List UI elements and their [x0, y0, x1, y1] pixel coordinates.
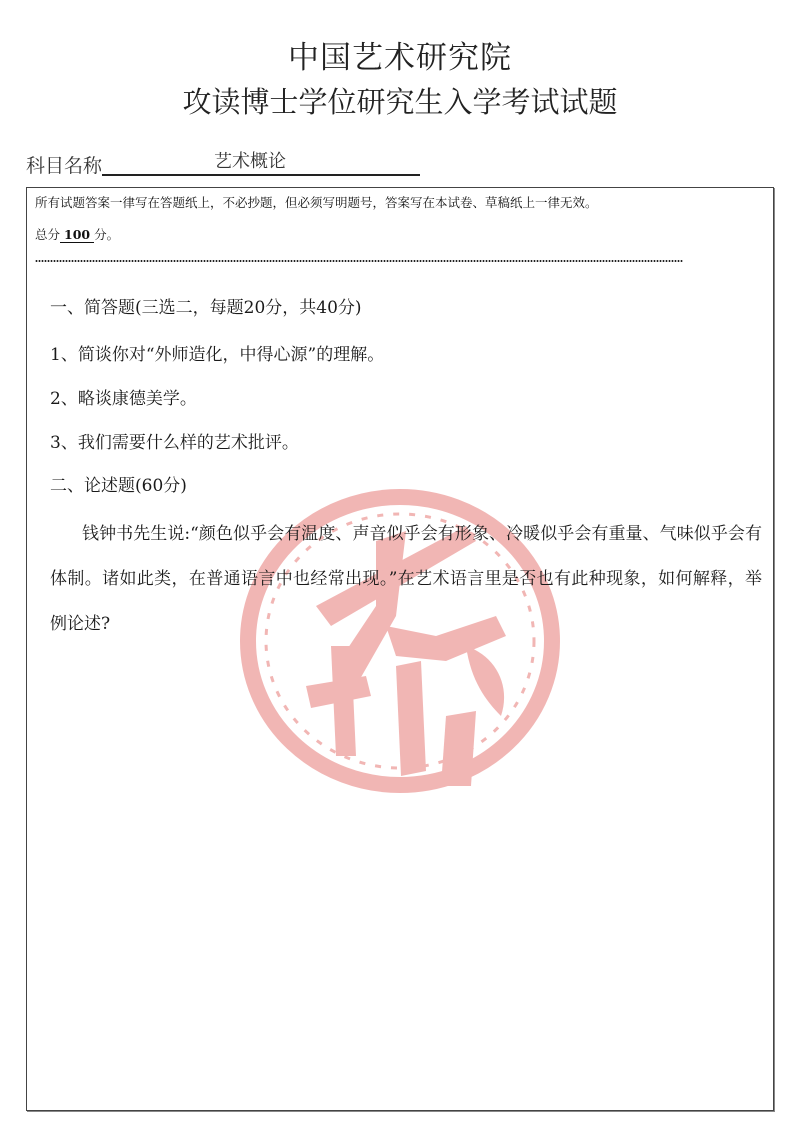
dotted-divider: [35, 260, 683, 262]
subject-row: 科目名称 艺术概论: [26, 150, 420, 180]
institution-title: 中国艺术研究院: [0, 32, 800, 77]
section1-heading: 一、简答题(三选二，每题20分，共40分): [50, 293, 362, 318]
question-1: 1、简谈你对“外师造化，中得心源”的理解。: [50, 340, 384, 365]
exam-frame: [26, 187, 774, 1111]
question-2: 2、略谈康德美学。: [50, 384, 197, 409]
exam-title: 攻读博士学位研究生入学考试试题: [0, 80, 800, 121]
subject-label: 科目名称: [26, 152, 102, 180]
total-score-line: 总分100分。: [35, 225, 119, 243]
section2-heading: 二、论述题(60分): [50, 471, 187, 496]
question-3: 3、我们需要什么样的艺术批评。: [50, 428, 299, 453]
instruction-notice: 所有试题答案一律写在答题纸上，不必抄题，但必须写明题号，答案写在本试卷、草稿纸上…: [35, 193, 598, 211]
essay-question: 钱钟书先生说:“颜色似乎会有温度、声音似乎会有形象、冷暖似乎会有重量、气味似乎会…: [50, 512, 762, 647]
subject-value: 艺术概论: [102, 150, 420, 176]
total-score: 100: [60, 227, 94, 243]
total-suffix: 分。: [94, 227, 119, 242]
total-prefix: 总分: [35, 227, 60, 242]
